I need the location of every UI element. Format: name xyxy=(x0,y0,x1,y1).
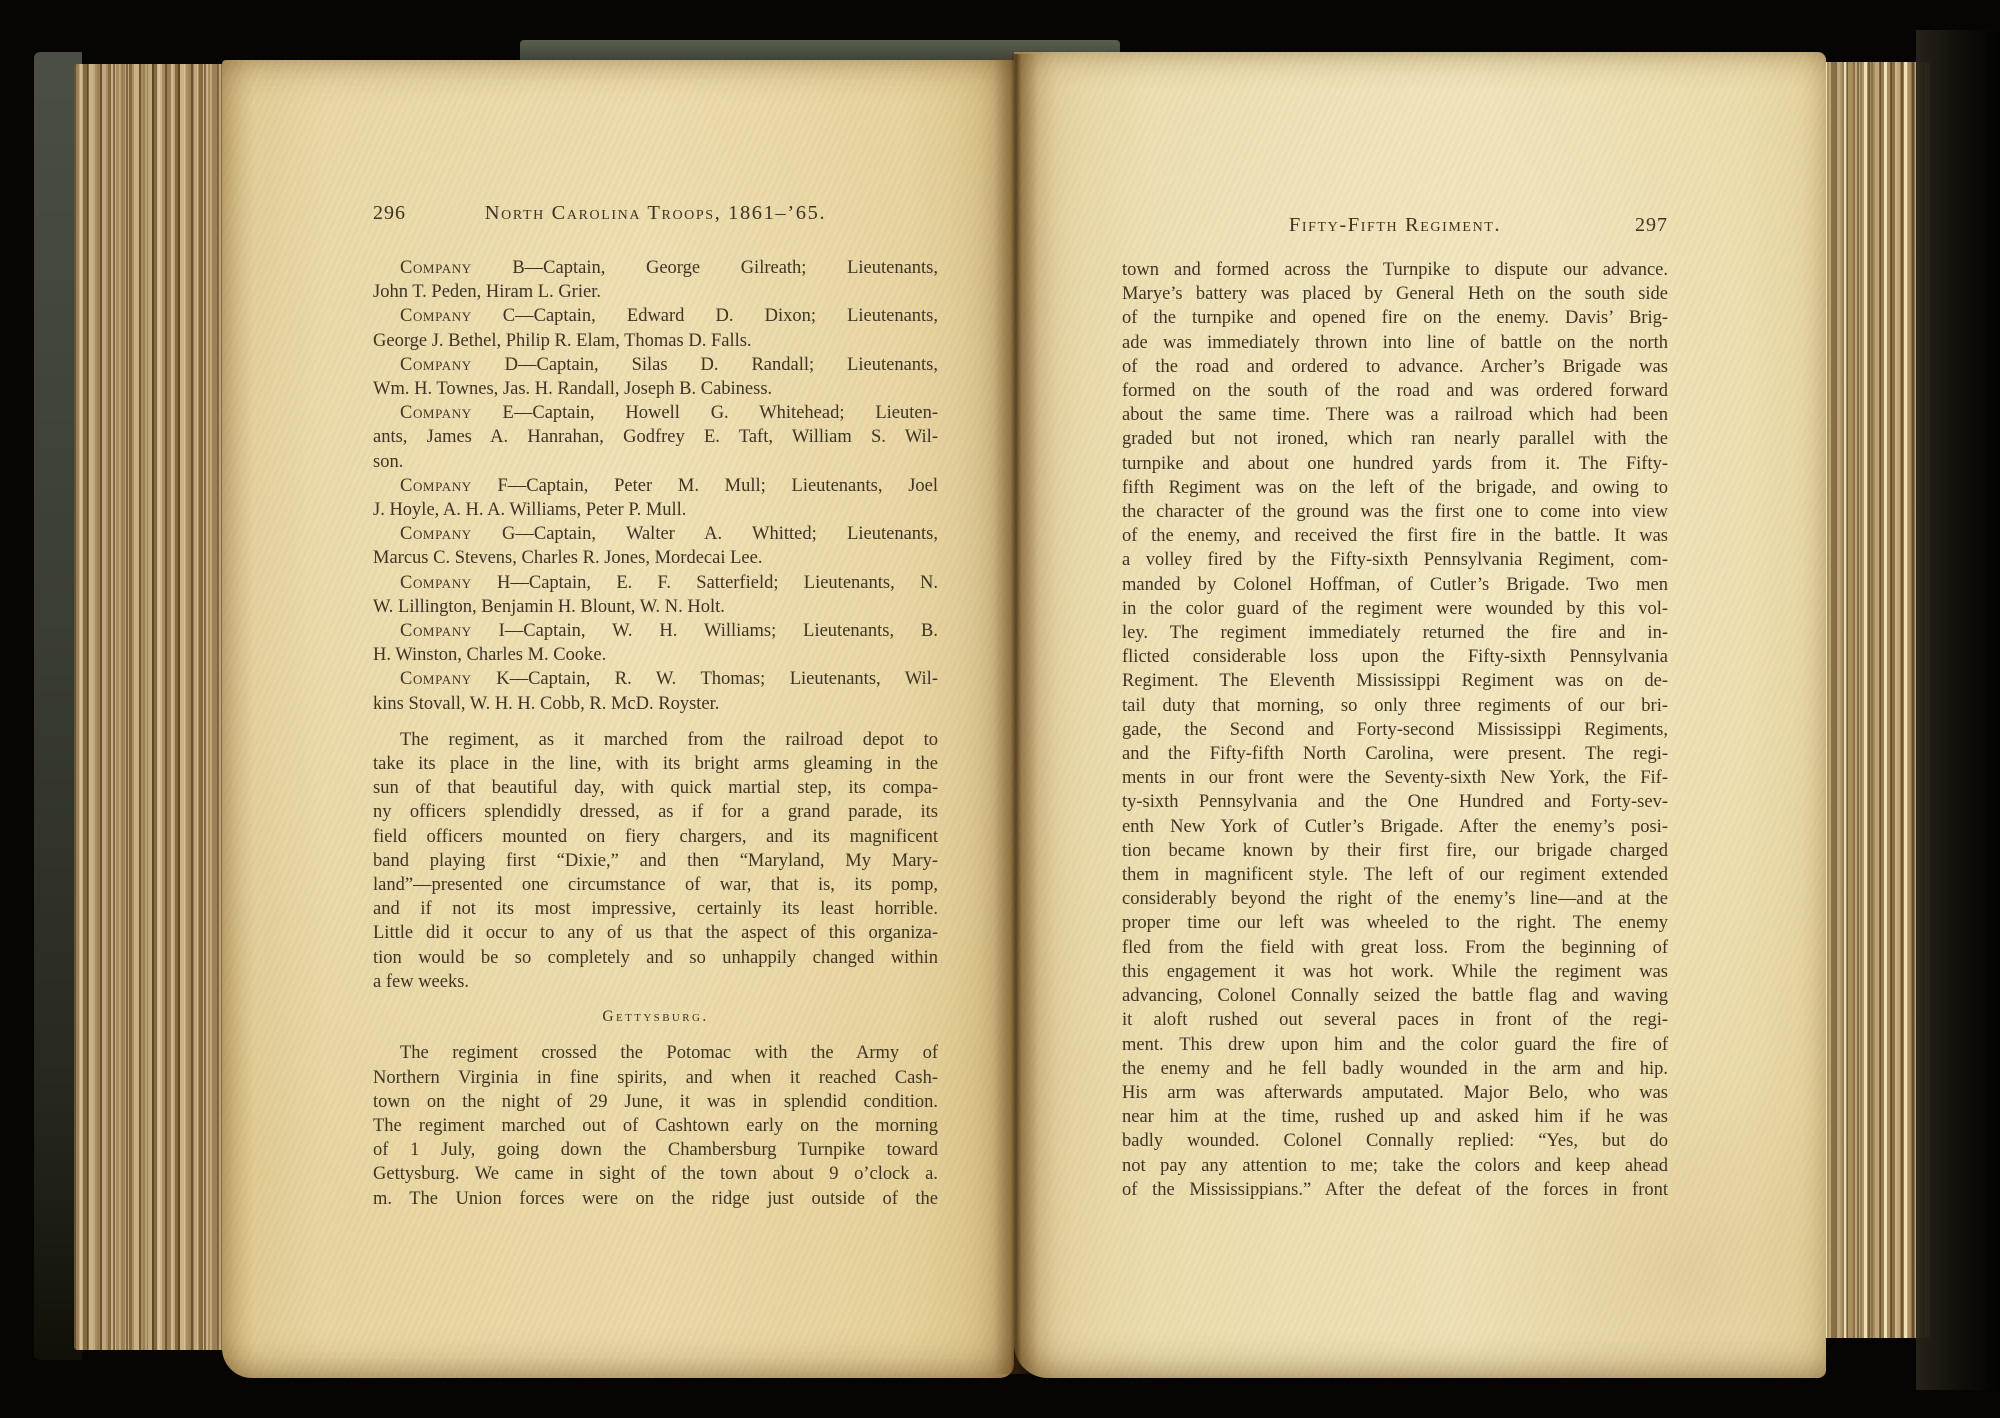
text-line: The regiment, as it marched from the rai… xyxy=(373,728,938,752)
text-line: of the turnpike and opened fire on the e… xyxy=(1122,306,1668,330)
left-running-head: 296 North Carolina Troops, 1861–’65. xyxy=(373,202,938,230)
text-line: badly wounded. Colonel Connally replied:… xyxy=(1122,1129,1668,1153)
text-line: His arm was afterwards amputated. Major … xyxy=(1122,1081,1668,1105)
text-line: of 1 July, going down the Chambersburg T… xyxy=(373,1138,938,1162)
text-line: gade, the Second and Forty-second Missis… xyxy=(1122,718,1668,742)
text-line: band playing first “Dixie,” and then “Ma… xyxy=(373,849,938,873)
text-line: Company K—Captain, R. W. Thomas; Lieuten… xyxy=(373,667,938,691)
text-line: son. xyxy=(373,450,938,474)
text-line: it aloft rushed out several paces in fro… xyxy=(1122,1008,1668,1032)
text-line: flicted considerable loss upon the Fifty… xyxy=(1122,645,1668,669)
left-running-title: North Carolina Troops, 1861–’65. xyxy=(373,202,938,225)
paragraph: The regiment crossed the Potomac with th… xyxy=(373,1041,938,1210)
text-line: kins Stovall, W. H. H. Cobb, R. McD. Roy… xyxy=(373,692,938,716)
company-smallcaps: Company xyxy=(400,573,472,593)
text-line: manded by Colonel Hoffman, of Cutler’s B… xyxy=(1122,573,1668,597)
company-smallcaps: Company xyxy=(400,476,472,496)
text-line: Company D—Captain, Silas D. Randall; Lie… xyxy=(373,353,938,377)
text-line: The regiment marched out of Cashtown ear… xyxy=(373,1114,938,1138)
text-line: ants, James A. Hanrahan, Godfrey E. Taft… xyxy=(373,425,938,449)
paragraph: Company I—Captain, W. H. Williams; Lieut… xyxy=(373,619,938,667)
paragraph: The regiment, as it marched from the rai… xyxy=(373,728,938,994)
text-line: enth New York of Cutler’s Brigade. After… xyxy=(1122,815,1668,839)
text-line: of the enemy, and received the first fir… xyxy=(1122,524,1668,548)
paragraph: town and formed across the Turnpike to d… xyxy=(1122,258,1668,1202)
text-line: formed on the south of the road and was … xyxy=(1122,379,1668,403)
text-line: Company E—Captain, Howell G. Whitehead; … xyxy=(373,401,938,425)
left-page-text: Company B—Captain, George Gilreath; Lieu… xyxy=(373,256,938,1211)
text-line: J. Hoyle, A. H. A. Williams, Peter P. Mu… xyxy=(373,498,938,522)
text-line: fled from the field with great loss. Fro… xyxy=(1122,936,1668,960)
text-line: Northern Virginia in fine spirits, and w… xyxy=(373,1066,938,1090)
text-line: Company F—Captain, Peter M. Mull; Lieute… xyxy=(373,474,938,498)
text-line: tion would be so completely and so unhap… xyxy=(373,946,938,970)
text-line: fifth Regiment was on the left of the br… xyxy=(1122,476,1668,500)
text-line: Company C—Captain, Edward D. Dixon; Lieu… xyxy=(373,304,938,328)
company-smallcaps: Company xyxy=(400,669,472,689)
text-line: take its place in the line, with its bri… xyxy=(373,752,938,776)
paragraph: Company D—Captain, Silas D. Randall; Lie… xyxy=(373,353,938,401)
text-line: Company B—Captain, George Gilreath; Lieu… xyxy=(373,256,938,280)
text-line: in the color guard of the regiment were … xyxy=(1122,597,1668,621)
right-shadow xyxy=(1916,30,2000,1390)
right-running-head: Fifty-Fifth Regiment. 297 xyxy=(1122,214,1668,242)
text-line: a few weeks. xyxy=(373,970,938,994)
left-page: 296 North Carolina Troops, 1861–’65. Com… xyxy=(222,60,1014,1378)
text-line: proper time our left was wheeled to the … xyxy=(1122,911,1668,935)
company-smallcaps: Company xyxy=(400,524,472,544)
text-line: ny officers splendidly dressed, as if fo… xyxy=(373,800,938,824)
right-running-title: Fifty-Fifth Regiment. xyxy=(1122,214,1668,237)
paragraph: Company B—Captain, George Gilreath; Lieu… xyxy=(373,256,938,304)
text-line: about the same time. There was a railroa… xyxy=(1122,403,1668,427)
paragraph: Company H—Captain, E. F. Satterfield; Li… xyxy=(373,571,938,619)
text-line: and if not its most impressive, certainl… xyxy=(373,897,938,921)
text-line: graded but not ironed, which ran nearly … xyxy=(1122,427,1668,451)
text-line: turnpike and about one hundred yards fro… xyxy=(1122,452,1668,476)
text-line: sun of that beautiful day, with quick ma… xyxy=(373,776,938,800)
gutter-crease xyxy=(994,54,1038,1374)
company-smallcaps: Company xyxy=(400,621,472,641)
text-line: and the Fifty-fifth North Carolina, were… xyxy=(1122,742,1668,766)
text-line: ty-sixth Pennsylvania and the One Hundre… xyxy=(1122,790,1668,814)
page-edges-left xyxy=(74,64,226,1350)
text-line: town and formed across the Turnpike to d… xyxy=(1122,258,1668,282)
text-line: Company I—Captain, W. H. Williams; Lieut… xyxy=(373,619,938,643)
photo-background: { "colors": { "background": "#060503", "… xyxy=(0,0,2000,1418)
text-line: H. Winston, Charles M. Cooke. xyxy=(373,643,938,667)
text-line: field officers mounted on fiery chargers… xyxy=(373,825,938,849)
company-smallcaps: Company xyxy=(400,355,472,375)
text-line: John T. Peden, Hiram L. Grier. xyxy=(373,280,938,304)
text-line: of the Mississippians.” After the defeat… xyxy=(1122,1178,1668,1202)
text-line: Little did it occur to any of us that th… xyxy=(373,921,938,945)
right-page-text: town and formed across the Turnpike to d… xyxy=(1122,258,1668,1202)
company-smallcaps: Company xyxy=(400,258,472,278)
text-line: Company H—Captain, E. F. Satterfield; Li… xyxy=(373,571,938,595)
paragraph: Company K—Captain, R. W. Thomas; Lieuten… xyxy=(373,667,938,715)
text-line: W. Lillington, Benjamin H. Blount, W. N.… xyxy=(373,595,938,619)
text-line: Regiment. The Eleventh Mississippi Regim… xyxy=(1122,669,1668,693)
text-line: town on the night of 29 June, it was in … xyxy=(373,1090,938,1114)
text-line: Gettysburg. We came in sight of the town… xyxy=(373,1162,938,1186)
text-line: not pay any attention to me; take the co… xyxy=(1122,1154,1668,1178)
text-line: Wm. H. Townes, Jas. H. Randall, Joseph B… xyxy=(373,377,938,401)
text-line: tail duty that morning, so only three re… xyxy=(1122,694,1668,718)
text-line: The regiment crossed the Potomac with th… xyxy=(373,1041,938,1065)
text-line: advancing, Colonel Connally seized the b… xyxy=(1122,984,1668,1008)
text-line: considerably beyond the right of the ene… xyxy=(1122,887,1668,911)
text-line: the enemy and he fell badly wounded in t… xyxy=(1122,1057,1668,1081)
text-line: near him at the time, rushed up and aske… xyxy=(1122,1105,1668,1129)
text-line: George J. Bethel, Philip R. Elam, Thomas… xyxy=(373,329,938,353)
text-line: Gettysburg. xyxy=(373,1005,938,1029)
paragraph: Company F—Captain, Peter M. Mull; Lieute… xyxy=(373,474,938,522)
page-edges-right xyxy=(1824,62,1930,1338)
text-line: ment. This drew upon him and the color g… xyxy=(1122,1033,1668,1057)
text-line: Marye’s battery was placed by General He… xyxy=(1122,282,1668,306)
text-line: the character of the ground was the firs… xyxy=(1122,500,1668,524)
text-line: ments in our front were the Seventy-sixt… xyxy=(1122,766,1668,790)
company-smallcaps: Company xyxy=(400,403,472,423)
section-heading: Gettysburg. xyxy=(373,1005,938,1029)
text-line: Marcus C. Stevens, Charles R. Jones, Mor… xyxy=(373,546,938,570)
text-line: ade was immediately thrown into line of … xyxy=(1122,331,1668,355)
text-line: of the road and ordered to advance. Arch… xyxy=(1122,355,1668,379)
paragraph: Company E—Captain, Howell G. Whitehead; … xyxy=(373,401,938,474)
text-line: a volley fired by the Fifty-sixth Pennsy… xyxy=(1122,548,1668,572)
left-page-number: 296 xyxy=(373,202,406,225)
text-line: ley. The regiment immediately returned t… xyxy=(1122,621,1668,645)
text-line: land”—presented one circumstance of war,… xyxy=(373,873,938,897)
text-line: this engagement it was hot work. While t… xyxy=(1122,960,1668,984)
company-smallcaps: Company xyxy=(400,306,472,326)
text-line: m. The Union forces were on the ridge ju… xyxy=(373,1187,938,1211)
paragraph: Company G—Captain, Walter A. Whitted; Li… xyxy=(373,522,938,570)
right-page-number: 297 xyxy=(1635,214,1668,237)
text-line: them in magnificent style. The left of o… xyxy=(1122,863,1668,887)
paragraph: Company C—Captain, Edward D. Dixon; Lieu… xyxy=(373,304,938,352)
right-page: Fifty-Fifth Regiment. 297 town and forme… xyxy=(1014,52,1826,1378)
text-line: Company G—Captain, Walter A. Whitted; Li… xyxy=(373,522,938,546)
text-line: tion became known by their first fire, o… xyxy=(1122,839,1668,863)
